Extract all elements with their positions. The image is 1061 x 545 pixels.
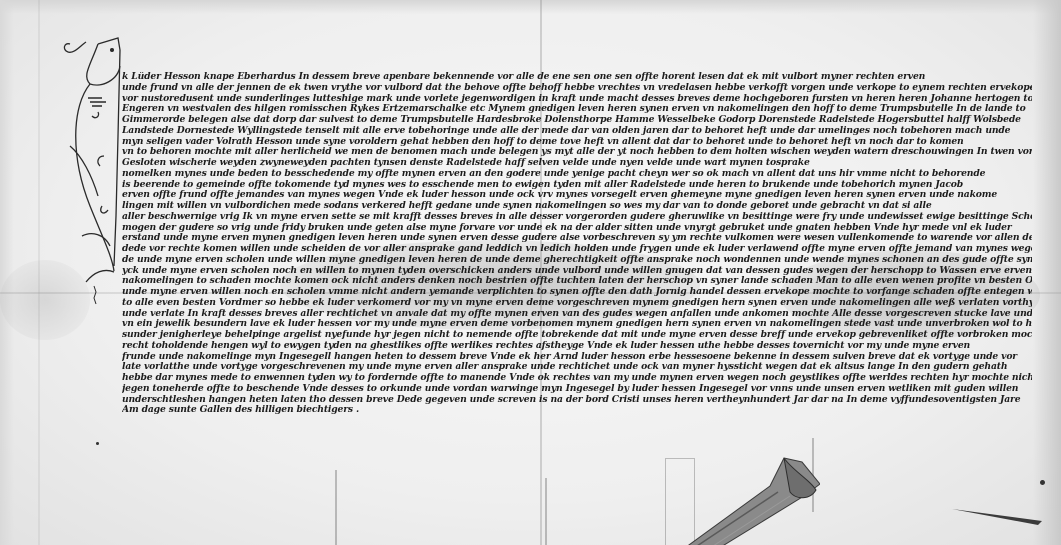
text-line: vor nustoredusent unde sunderlinges lutt… <box>122 94 1032 105</box>
text-line: late vorlatthe unde vortyge vorgeschreve… <box>122 362 1032 373</box>
text-line: hebbe dar mynes mede to enwennen tyden w… <box>122 373 1032 384</box>
text-line: is beerende to gemeinde offte tokomende … <box>122 180 1032 191</box>
parchment-right-edge <box>1033 0 1061 545</box>
text-line: underschtleshen hangen heten laten tho d… <box>122 395 1032 406</box>
text-line: unde verlate In kraft desses breves alle… <box>122 309 1032 320</box>
text-line: frunde unde nakomelinge myn Ingesegell h… <box>122 352 1032 363</box>
text-line: Gimmerorde belegen alse dat dorp dar sul… <box>122 115 1032 126</box>
text-line: de unde myne erven scholen unde willen m… <box>122 255 1032 266</box>
text-line: erstand unde myne erven mynen gnedigen l… <box>122 233 1032 244</box>
text-line: myn seligen vader Volrath Hesson unde sy… <box>122 137 1032 148</box>
text-line: Landstede Dornestede Wyllingstede tensel… <box>122 126 1032 137</box>
ink-dot-right <box>1040 480 1045 485</box>
ink-stroke-mark <box>950 505 1045 530</box>
text-line: erven offte frund offte jemandes van myn… <box>122 190 1032 201</box>
text-line: to alle even besten Vordmer so hebbe ek … <box>122 298 1032 309</box>
charter-text-block: k Lüder Hesson knape Eberhardus In desse… <box>122 72 1032 416</box>
text-line: aller beschwernige vrig Ik vn myne erven… <box>122 212 1032 223</box>
text-line: mogen der gudere so vrig unde fridy bruk… <box>122 223 1032 234</box>
text-line: recht toholdende hengen wyl to ewygen ty… <box>122 341 1032 352</box>
text-line: k Lüder Hesson knape Eberhardus In desse… <box>122 72 1032 83</box>
text-line: yck unde myne erven scholen noch en will… <box>122 266 1032 277</box>
text-line: vn ein jewelik besundern lave ek luder h… <box>122 319 1032 330</box>
text-line: jegen toneherde offte to beschende Vnde … <box>122 384 1032 395</box>
parchment-top-edge <box>0 0 1061 14</box>
text-line: unde myne erven willen noch en scholen v… <box>122 287 1032 298</box>
text-line: sunder jenigherleye behelpinge argelist … <box>122 330 1032 341</box>
text-line: Gesloten wischerie weyden zwyneweyden pa… <box>122 158 1032 169</box>
text-line: vn to behoren mochte mit aller herlichei… <box>122 147 1032 158</box>
seal-slit-left <box>335 470 337 545</box>
text-line: nomelken mynes unde beden to besschedend… <box>122 169 1032 180</box>
seal-slit-mid <box>545 478 547 545</box>
text-line: Am dage sunte Gallen des hilligen biecht… <box>122 405 1032 416</box>
text-line: Engeren vn westvalen des hilgen romissch… <box>122 104 1032 115</box>
text-line: nakomelingen to schaden mochte komen ock… <box>122 276 1032 287</box>
text-line: dede vor rechte komen willen unde scheid… <box>122 244 1032 255</box>
text-line: lingen mit willen vn vulbordichen mede s… <box>122 201 1032 212</box>
ink-dot-marker <box>96 442 99 445</box>
text-line: unde frund vn alle der jennen de ek twen… <box>122 83 1032 94</box>
seal-tag-strip-icon <box>680 440 820 545</box>
